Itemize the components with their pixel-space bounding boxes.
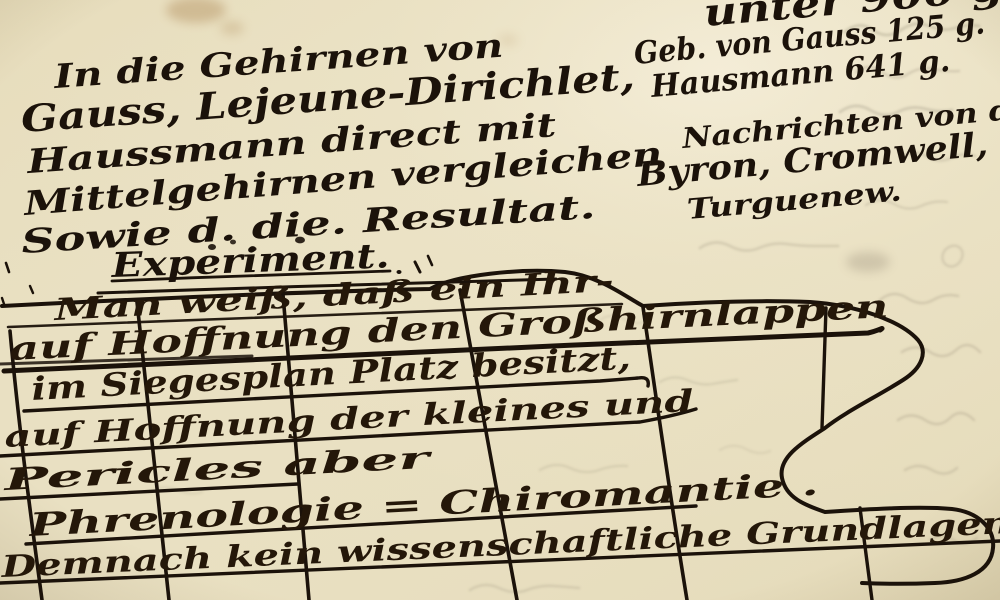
manuscript-canvas: unter 900 g Geb. von Gauss 125 g. Hausma… (0, 0, 1000, 600)
manuscript-photo: unter 900 g Geb. von Gauss 125 g. Hausma… (0, 0, 1000, 600)
intro-paragraph: In die Gehirnen von Gauss, Lejeune-Diric… (20, 26, 664, 261)
